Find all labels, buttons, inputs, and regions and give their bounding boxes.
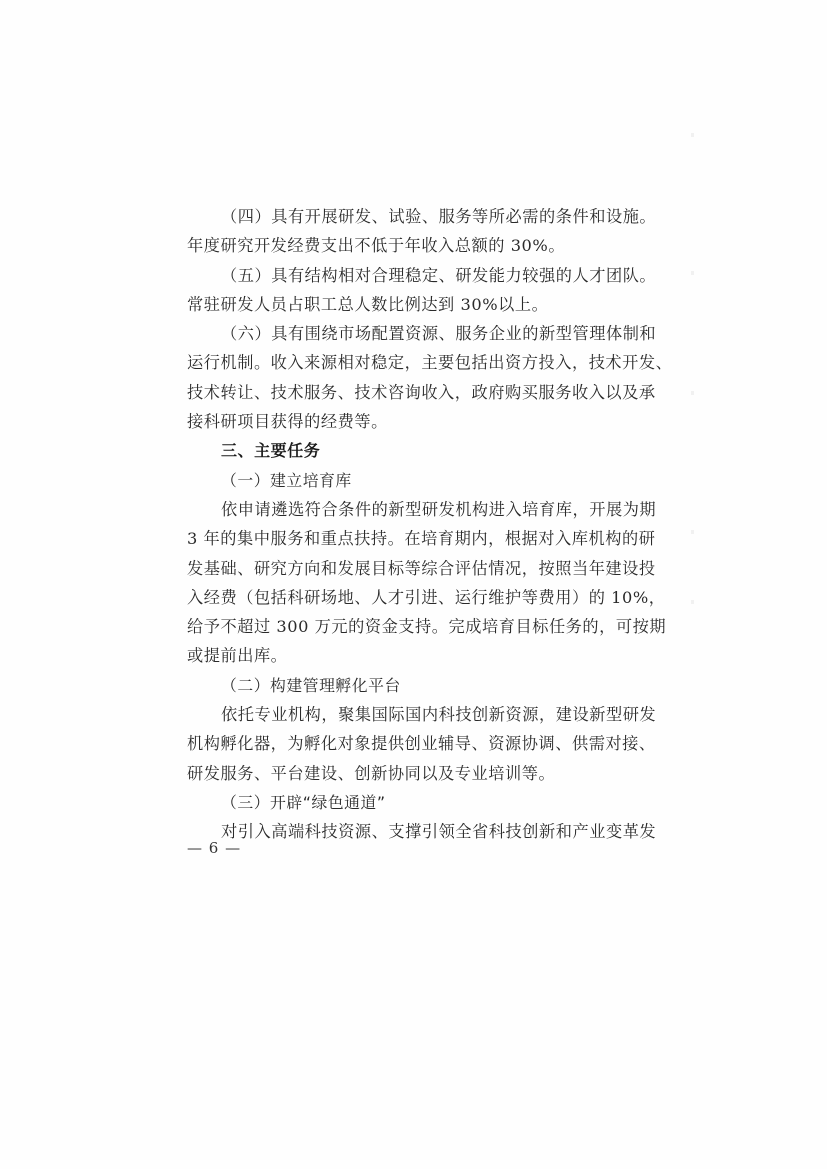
scan-artifact: [691, 530, 694, 534]
paragraph-line: 机构孵化器，为孵化对象提供创业辅导、资源协调、供需对接、: [187, 729, 615, 758]
paragraph-line: 依申请遴选符合条件的新型研发机构进入培育库，开展为期: [187, 495, 615, 524]
paragraph-line: 运行机制。收入来源相对稳定，主要包括出资方投入，技术开发、: [187, 348, 615, 377]
paragraph-line: 或提前出库。: [187, 641, 615, 670]
subsection-heading: （二）构建管理孵化平台: [187, 671, 615, 700]
paragraph-line: （四）具有开展研发、试验、服务等所必需的条件和设施。: [187, 202, 615, 231]
scan-artifact: [691, 600, 694, 604]
document-body: （四）具有开展研发、试验、服务等所必需的条件和设施。 年度研究开发经费支出不低于…: [187, 202, 615, 847]
paragraph-line: （五）具有结构相对合理稳定、研发能力较强的人才团队。: [187, 261, 615, 290]
page-number: — 6 —: [187, 836, 241, 860]
subsection-heading: （三）开辟“绿色通道”: [187, 788, 615, 817]
scan-artifact: [691, 391, 694, 395]
paragraph-line: 技术转让、技术服务、技术咨询收入，政府购买服务收入以及承: [187, 378, 615, 407]
paragraph-line: 依托专业机构，聚集国际国内科技创新资源，建设新型研发: [187, 700, 615, 729]
paragraph-line: 对引入高端科技资源、支撑引领全省科技创新和产业变革发: [187, 817, 615, 846]
paragraph-line: （六）具有围绕市场配置资源、服务企业的新型管理体制和: [187, 319, 615, 348]
paragraph-line: 年度研究开发经费支出不低于年收入总额的 30%。: [187, 231, 615, 260]
paragraph-line: 3 年的集中服务和重点扶持。在培育期内，根据对入库机构的研: [187, 524, 615, 553]
document-page: （四）具有开展研发、试验、服务等所必需的条件和设施。 年度研究开发经费支出不低于…: [0, 0, 827, 1169]
section-heading: 三、主要任务: [187, 436, 615, 465]
paragraph-line: 入经费（包括科研场地、人才引进、运行维护等费用）的 10%，: [187, 583, 615, 612]
scan-artifact: [691, 133, 694, 137]
paragraph-line: 发基础、研究方向和发展目标等综合评估情况，按照当年建设投: [187, 554, 615, 583]
paragraph-line: 接科研项目获得的经费等。: [187, 407, 615, 436]
paragraph-line: 给予不超过 300 万元的资金支持。完成培育目标任务的，可按期: [187, 612, 615, 641]
scan-artifact: [691, 271, 694, 275]
paragraph-line: 研发服务、平台建设、创新协同以及专业培训等。: [187, 759, 615, 788]
subsection-heading: （一）建立培育库: [187, 466, 615, 495]
paragraph-line: 常驻研发人员占职工总人数比例达到 30%以上。: [187, 290, 615, 319]
